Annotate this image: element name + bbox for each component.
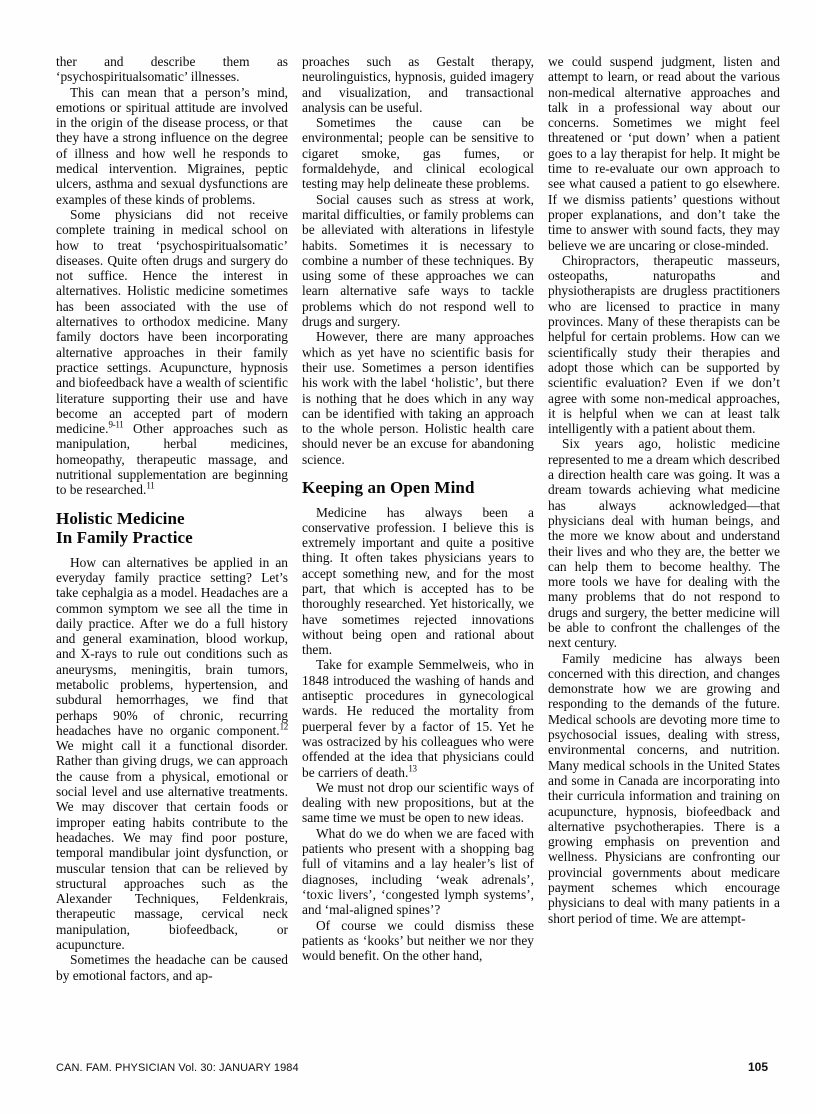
paragraph: Social causes such as stress at work, ma… [302, 192, 534, 330]
paragraph: How can alternatives be applied in an ev… [56, 555, 288, 953]
section-heading: Keeping an Open Mind [302, 478, 534, 498]
page-number: 105 [748, 1060, 768, 1074]
paragraph: Medicine has always been a conservative … [302, 505, 534, 658]
paragraph: Take for example Semmelweis, who in 1848… [302, 657, 534, 779]
section-heading: Holistic Medicine In Family Practice [56, 509, 288, 548]
paragraph: we could suspend judgment, listen and at… [548, 54, 780, 253]
article-page: ther and describe them as ‘psychospiritu… [0, 0, 816, 1114]
page-footer: CAN. FAM. PHYSICIAN Vol. 30: JANUARY 198… [56, 1060, 768, 1074]
journal-citation: CAN. FAM. PHYSICIAN Vol. 30: JANUARY 198… [56, 1062, 299, 1074]
paragraph: We must not drop our scientific ways of … [302, 780, 534, 826]
paragraph: Six years ago, holistic medicine represe… [548, 436, 780, 650]
paragraph: ther and describe them as ‘psychospiritu… [56, 54, 288, 85]
text-column-1: ther and describe them as ‘psychospiritu… [56, 54, 288, 983]
paragraph: What do we do when we are faced with pat… [302, 826, 534, 918]
paragraph: proaches such as Gestalt therapy, neurol… [302, 54, 534, 115]
reference-superscript: 11 [146, 481, 154, 491]
paragraph: This can mean that a person’s mind, emot… [56, 85, 288, 207]
reference-superscript: 12 [280, 721, 288, 731]
reference-superscript: 9-11 [108, 420, 123, 430]
paragraph: Family medicine has always been concerne… [548, 651, 780, 926]
reference-superscript: 13 [408, 763, 416, 773]
text-column-2: proaches such as Gestalt therapy, neurol… [302, 54, 534, 983]
paragraph: However, there are many approaches which… [302, 329, 534, 467]
paragraph: Some physicians did not receive complete… [56, 207, 288, 498]
text-column-3: we could suspend judgment, listen and at… [548, 54, 780, 983]
article-body: ther and describe them as ‘psychospiritu… [56, 54, 782, 983]
paragraph: Sometimes the cause can be environmental… [302, 115, 534, 191]
paragraph: Sometimes the headache can be caused by … [56, 952, 288, 983]
paragraph: Chiropractors, therapeutic masseurs, ost… [548, 253, 780, 437]
paragraph: Of course we could dismiss these patient… [302, 918, 534, 964]
